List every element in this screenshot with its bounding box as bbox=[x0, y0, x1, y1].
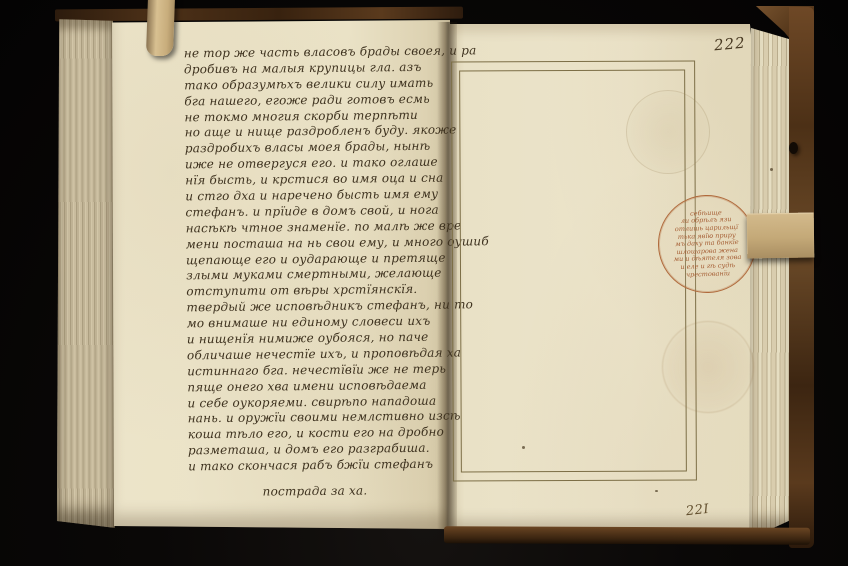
bookmark-tab-top bbox=[146, 0, 175, 56]
stamp-line: чрестованїи bbox=[686, 270, 730, 279]
book-cover-right-edge bbox=[789, 7, 814, 548]
photo-of-open-manuscript-book: не тор же часть власовъ брады своея, и р… bbox=[0, 0, 848, 566]
foxing-speck bbox=[655, 490, 658, 492]
manuscript-text: не тор же часть власовъ брады своея, и р… bbox=[184, 44, 446, 476]
stamp-bleedthrough-top bbox=[626, 90, 710, 174]
page-number: 222 bbox=[713, 34, 746, 55]
book-cover-top-edge bbox=[55, 7, 463, 22]
quire-mark: 22I bbox=[685, 502, 710, 519]
manuscript-line: и тако скончася рабъ бжїи стефанъ bbox=[188, 457, 446, 476]
stamp-bleedthrough-bottom bbox=[662, 321, 754, 413]
book-fore-edge-pages bbox=[55, 19, 115, 528]
foxing-speck bbox=[770, 168, 773, 171]
foxing-speck bbox=[522, 446, 525, 449]
leather-wear-spot bbox=[789, 142, 798, 154]
book-cover-bottom-edge bbox=[444, 526, 810, 545]
manuscript-last-line: пострада за ха. bbox=[186, 483, 444, 502]
bookmark-tab-right bbox=[747, 213, 815, 259]
